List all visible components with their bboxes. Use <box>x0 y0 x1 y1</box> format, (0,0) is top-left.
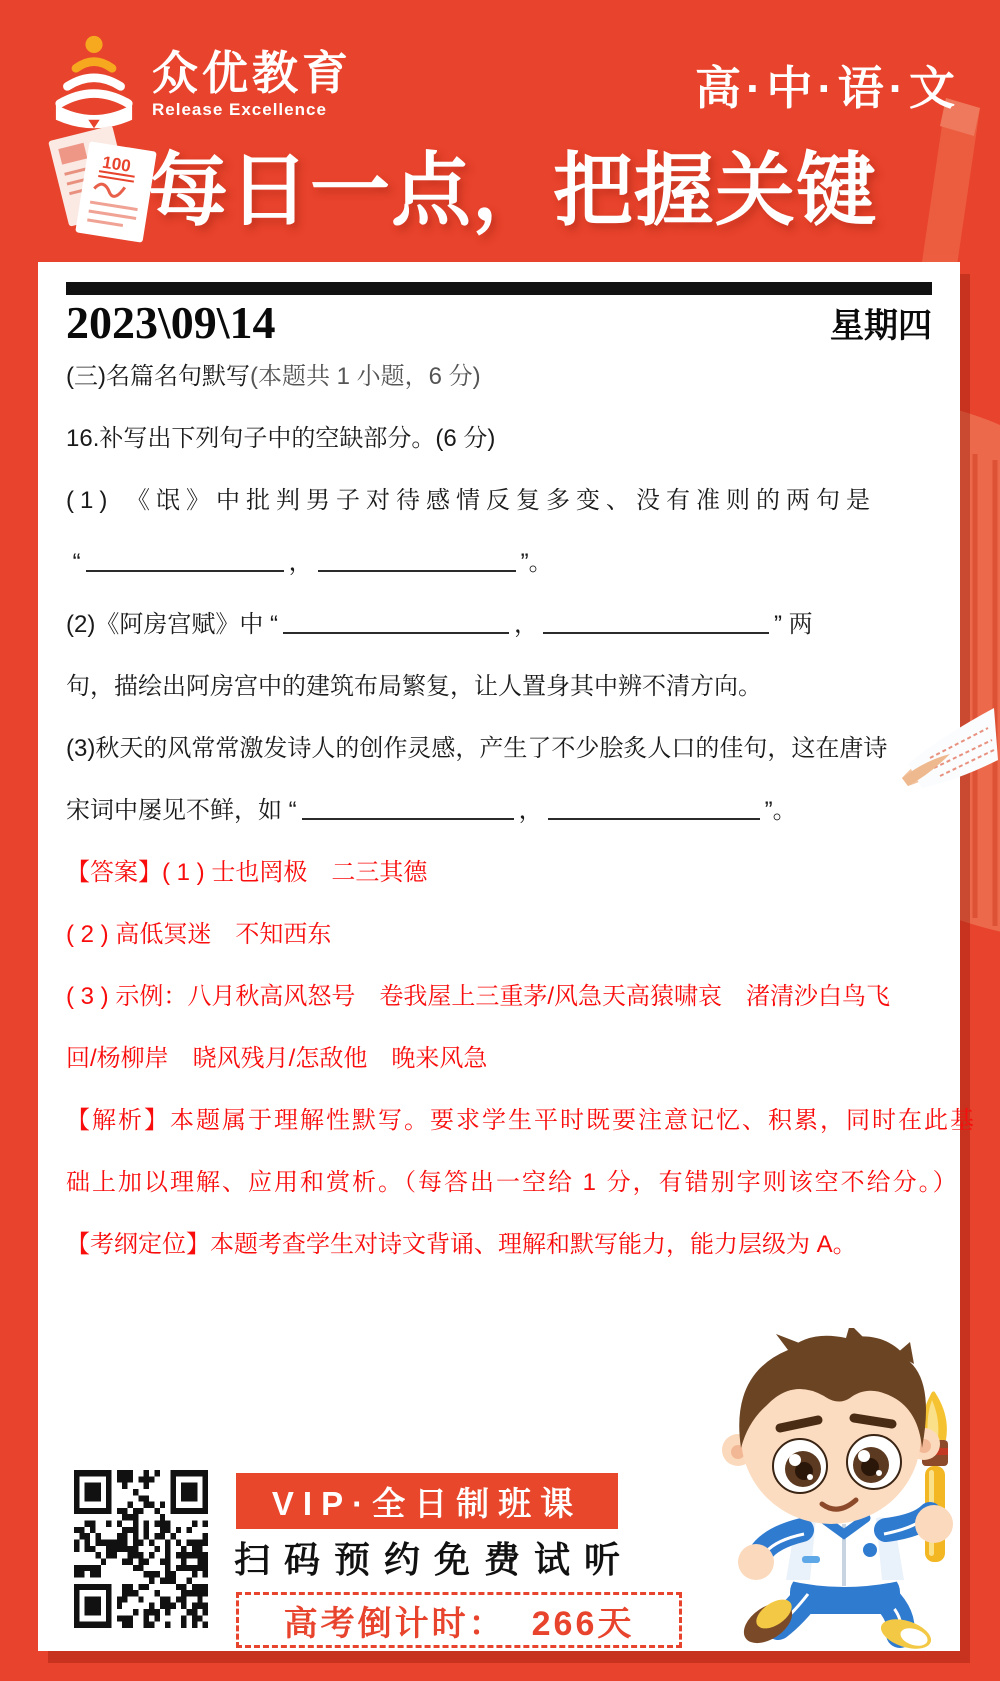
close-quote: ”。 <box>765 797 797 824</box>
question-stem: 16.补写出下列句子中的空缺部分。(6 分) <box>66 408 932 470</box>
answer-blank <box>548 794 760 820</box>
comma: ， <box>514 611 538 638</box>
question-1: (1) 《氓》中批判男子对待感情反复多变、没有准则的两句是 <box>66 470 932 532</box>
mascot-boy-with-brush <box>718 1328 970 1662</box>
comma: ， <box>519 797 543 824</box>
section-note: (本题共 1 小题，6 分) <box>250 363 481 390</box>
answer-line-3: ( 3 ) 示例：八月秋高风怒号 卷我屋上三重茅/风急天高猿啸哀 渚清沙白鸟飞 <box>66 966 932 1028</box>
subject-badge: 高·中·语·文 <box>695 52 960 118</box>
section-heading: (三)名篇名句默写 <box>66 363 250 390</box>
open-quote: “ <box>73 549 81 576</box>
question-3-blanks: 宋词中屡见不鲜，如 “，”。 <box>66 780 932 842</box>
answer-line-4: 回/杨柳岸 晓风残月/怎敌他 晚来风急 <box>66 1028 932 1090</box>
scan-cta: 扫码预约免费试听 <box>234 1532 634 1583</box>
weekday: 星期四 <box>830 306 932 346</box>
answer-blank <box>86 546 284 572</box>
answer-line-1: 【答案】( 1 ) 士也罔极 二三其德 <box>66 842 932 904</box>
comma: ， <box>289 549 313 576</box>
countdown-label: 高考倒计时： <box>284 1596 506 1645</box>
analysis-line-1: 【解析】本题属于理解性默写。要求学生平时既要注意记忆、积累，同时在此基 <box>66 1090 932 1152</box>
outline-line: 【考纲定位】本题考查学生对诗文背诵、理解和默写能力，能力层级为 A。 <box>66 1214 932 1276</box>
question-2-continued: 句，描绘出阿房宫中的建筑布局繁复，让人置身其中辨不清方向。 <box>66 656 932 718</box>
brand-tagline: Release Excellence <box>152 100 352 120</box>
date: 2023\09\14 <box>66 300 276 346</box>
section-heading-line: (三)名篇名句默写(本题共 1 小题，6 分) <box>66 346 932 408</box>
date-row: 2023\09\14 星期四 <box>66 300 932 346</box>
divider-bar <box>66 282 932 295</box>
question-content: (三)名篇名句默写(本题共 1 小题，6 分) 16.补写出下列句子中的空缺部分… <box>66 346 932 1276</box>
answer-line-2: ( 2 ) 高低冥迷 不知西东 <box>66 904 932 966</box>
brand-logo-icon <box>50 34 138 134</box>
question-2-prefix: (2)《阿房宫赋》中 “ <box>66 611 278 638</box>
gaokao-countdown: 高考倒计时：266天 <box>236 1592 682 1648</box>
question-2-blanks: (2)《阿房宫赋》中 “，” 两 <box>66 594 932 656</box>
curled-paper-icon <box>896 702 1000 804</box>
main-title: 每日一点，把握关键 <box>148 126 877 241</box>
question-1-blanks: “，”。 <box>66 532 932 594</box>
qr-code <box>74 1470 208 1628</box>
analysis-line-2: 础上加以理解、应用和赏析。（每答出一空给 1 分，有错别字则该空不给分。） <box>66 1152 932 1214</box>
exam-papers-icon: 100 <box>46 122 164 246</box>
countdown-value: 266天 <box>532 1596 635 1645</box>
vip-banner: VIP·全日制班课 <box>236 1473 618 1529</box>
answer-blank <box>543 608 769 634</box>
question-2-suffix: ” 两 <box>774 611 813 638</box>
answer-blank <box>318 546 516 572</box>
question-3: (3)秋天的风常常激发诗人的创作灵感，产生了不少脍炙人口的佳句，这在唐诗 <box>66 718 932 780</box>
answer-blank <box>283 608 509 634</box>
question-3-prefix: 宋词中屡见不鲜，如 “ <box>66 797 297 824</box>
close-quote: ”。 <box>521 549 553 576</box>
brand-logo: 众优教育 Release Excellence <box>50 34 352 134</box>
answer-blank <box>302 794 514 820</box>
brand-name: 众优教育 <box>152 48 352 99</box>
